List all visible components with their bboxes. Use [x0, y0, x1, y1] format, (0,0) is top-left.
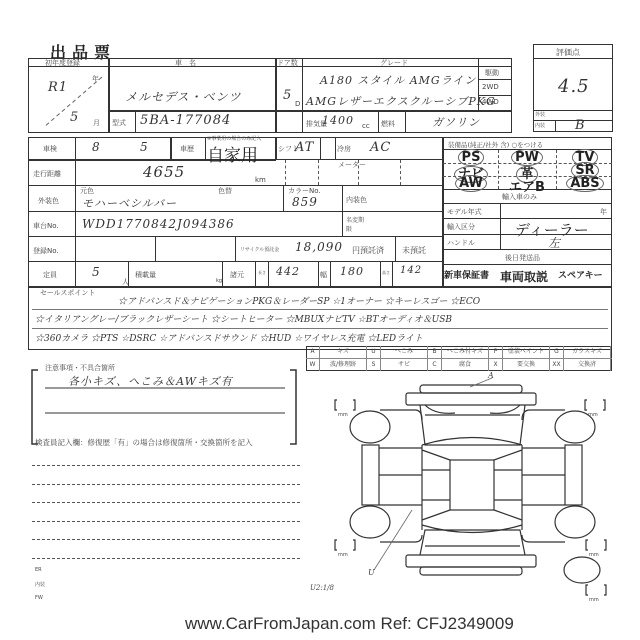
- import-type-label: 輸入区分: [447, 222, 475, 232]
- ac-label: 冷房: [337, 144, 351, 154]
- car-name: メルセデス・ベンツ: [125, 88, 242, 105]
- footer-label: ER: [35, 567, 42, 573]
- mileage-label: 走行距離: [33, 169, 61, 179]
- fuel-value: ガソリン: [432, 114, 480, 130]
- legend-code: A: [306, 346, 320, 358]
- usage-label: 車歴: [180, 144, 194, 154]
- first-reg-label: 初年度登録: [45, 58, 80, 68]
- inspector-line: [32, 502, 300, 503]
- doors-value: 5: [283, 88, 292, 103]
- width-label: 幅: [320, 270, 327, 280]
- model-label: 型式: [112, 118, 126, 128]
- recycle-deposited: 円預託済: [352, 245, 384, 256]
- recycle-not: 未預託: [402, 245, 426, 256]
- interior-color-label: 内装色: [346, 195, 367, 205]
- car-body-diagram: A U U2:1/8 mm mm mm mm mm: [310, 370, 640, 620]
- length-label: 長さ: [258, 270, 266, 276]
- equipment-item[interactable]: AW: [444, 176, 498, 191]
- load-label: 積載量: [135, 270, 156, 280]
- sales-point-line: ☆アドバンスド＆ナビゲーションPKG＆レーダーSP ☆1オーナー ☆キーレスゴー…: [118, 294, 480, 307]
- drive-4wd[interactable]: 4WD: [482, 98, 499, 106]
- legend-code: C: [428, 359, 442, 371]
- doc-item: スペアキー: [558, 268, 603, 281]
- recycle-amount: 18,090: [295, 240, 343, 254]
- color-no-value: 859: [292, 195, 318, 209]
- svg-text:mm: mm: [588, 412, 598, 418]
- equipment-label: 装備品(純正/社外 含) ○をつける: [448, 140, 543, 149]
- legend-desc: サビ: [381, 359, 428, 371]
- height-value: 142: [400, 265, 422, 276]
- model-year-label: モデル年式: [447, 207, 482, 217]
- inspection-year: 8: [92, 140, 101, 154]
- inspector-line: [32, 539, 300, 540]
- capacity-value: 5: [92, 265, 101, 279]
- legend-code: X: [489, 359, 503, 371]
- chassis-label: 車台No.: [33, 221, 59, 231]
- sales-points-label: セールスポイント: [40, 288, 95, 298]
- legend-code: S: [367, 359, 381, 371]
- doc-item: 車両取説: [500, 268, 548, 285]
- score-label: 評価点: [556, 47, 580, 58]
- inspector-line: [32, 558, 300, 559]
- drive-2wd[interactable]: 2WD: [482, 83, 499, 91]
- legend-desc: ガラスキズ: [564, 346, 611, 358]
- svg-text:mm: mm: [589, 597, 599, 603]
- legend-desc: 交換済: [564, 359, 611, 371]
- chassis-value: WDD1770842J094386: [82, 217, 235, 231]
- import-only-label: 輸入車のみ: [502, 192, 537, 202]
- inspector-label: 検査員記入欄：修復歴「有」の場合は修復箇所・交換箇所を記入: [35, 437, 253, 448]
- inspector-line: [32, 484, 300, 485]
- recycle-label: リサイクル預託金: [240, 246, 279, 253]
- score-value: 4.5: [558, 76, 590, 97]
- doors-label: ドア数: [277, 58, 298, 68]
- meter-label: メーター: [338, 160, 366, 170]
- exterior-label: 外装: [535, 111, 545, 118]
- legend-code: XX: [550, 359, 564, 371]
- footer-watermark: www.CarFromJapan.com Ref: CFJ2349009: [185, 614, 514, 634]
- inspector-line: [32, 465, 300, 466]
- legend-desc: へこみ付キズ: [442, 346, 489, 358]
- drive-label: 駆動: [485, 68, 499, 78]
- interior-grade: B: [575, 118, 586, 133]
- mileage-value: 4655: [143, 163, 185, 181]
- footer-label: FW: [35, 595, 43, 601]
- dims-label: 諸元: [230, 270, 244, 280]
- model-year-unit: 年: [600, 207, 607, 217]
- legend-desc: キズ: [320, 346, 367, 358]
- height-label: 高さ: [382, 270, 390, 276]
- legend-desc: へこみ: [381, 346, 428, 358]
- inspector-line: [32, 521, 300, 522]
- length-value: 442: [276, 265, 300, 278]
- svg-text:mm: mm: [338, 412, 348, 418]
- legend-desc: 波/修理跡: [320, 359, 367, 371]
- bottom-note: U2:1/8: [310, 584, 335, 592]
- displacement-value: 1400: [322, 114, 354, 127]
- legend-code: B: [428, 346, 442, 358]
- interior-label: 内装: [535, 122, 545, 129]
- capacity-label: 定員: [43, 270, 57, 280]
- docs-label: 後日発送品: [505, 253, 540, 263]
- grade-line2: AMGレザーエクスクルーシブPKG: [306, 93, 496, 109]
- load-unit: kg: [216, 278, 222, 284]
- mileage-unit: km: [255, 176, 266, 184]
- car-name-label: 車 名: [175, 58, 196, 68]
- color-change-label: 色替: [218, 186, 232, 196]
- legend-code: G: [550, 346, 564, 358]
- reg-label: 登録No.: [33, 246, 59, 256]
- model-value: 5BA-177084: [140, 113, 231, 128]
- slash-mark: [40, 75, 105, 130]
- handle-label: ハンドル: [447, 238, 475, 248]
- legend-desc: 腐食: [442, 359, 489, 371]
- notes-line1: 各小キズ、へこみ＆AWキズ有: [68, 373, 233, 389]
- footer-label: 内装: [35, 581, 45, 588]
- width-value: 180: [340, 265, 364, 278]
- inspection-month: 5: [140, 140, 149, 154]
- ac-value: AC: [370, 140, 391, 155]
- legend-desc: 要交換: [503, 359, 550, 371]
- legend-code: W: [306, 359, 320, 371]
- legend-code: P: [489, 346, 503, 358]
- legend-code: U: [367, 346, 381, 358]
- doc-item: 新車保証書: [444, 268, 489, 281]
- shift-value: AT: [295, 140, 314, 155]
- svg-text:mm: mm: [589, 552, 599, 558]
- grade-label: グレード: [380, 58, 408, 68]
- svg-text:mm: mm: [338, 552, 348, 558]
- legend-desc: 塗装ペイント: [503, 346, 550, 358]
- sales-point-line: ☆360カメラ ☆PTS ☆DSRC ☆アドバンスドサウンド ☆HUD ☆ワイヤ…: [35, 331, 423, 344]
- usage-value: 自家用: [207, 141, 258, 166]
- color-label: 外装色: [38, 196, 59, 206]
- capacity-unit: 人: [122, 277, 129, 287]
- color-value: モハーベシルバー: [82, 195, 177, 211]
- sales-point-line: ☆イタリアングレー/ブラックレザーシート ☆シートヒーター ☆MBUXナビTV …: [35, 312, 452, 325]
- side-damage-mark: U: [368, 568, 375, 577]
- doors-unit: D: [295, 100, 300, 108]
- displacement-unit: cc: [362, 122, 370, 130]
- name-change-label: 名変期限: [346, 215, 364, 233]
- front-damage-mark: A: [487, 371, 494, 380]
- grade-line1: A180 スタイル AMGライン: [320, 72, 476, 88]
- inspection-label: 車検: [43, 144, 57, 154]
- fuel-label: 燃料: [381, 119, 395, 129]
- equipment-item[interactable]: ABS: [558, 176, 612, 191]
